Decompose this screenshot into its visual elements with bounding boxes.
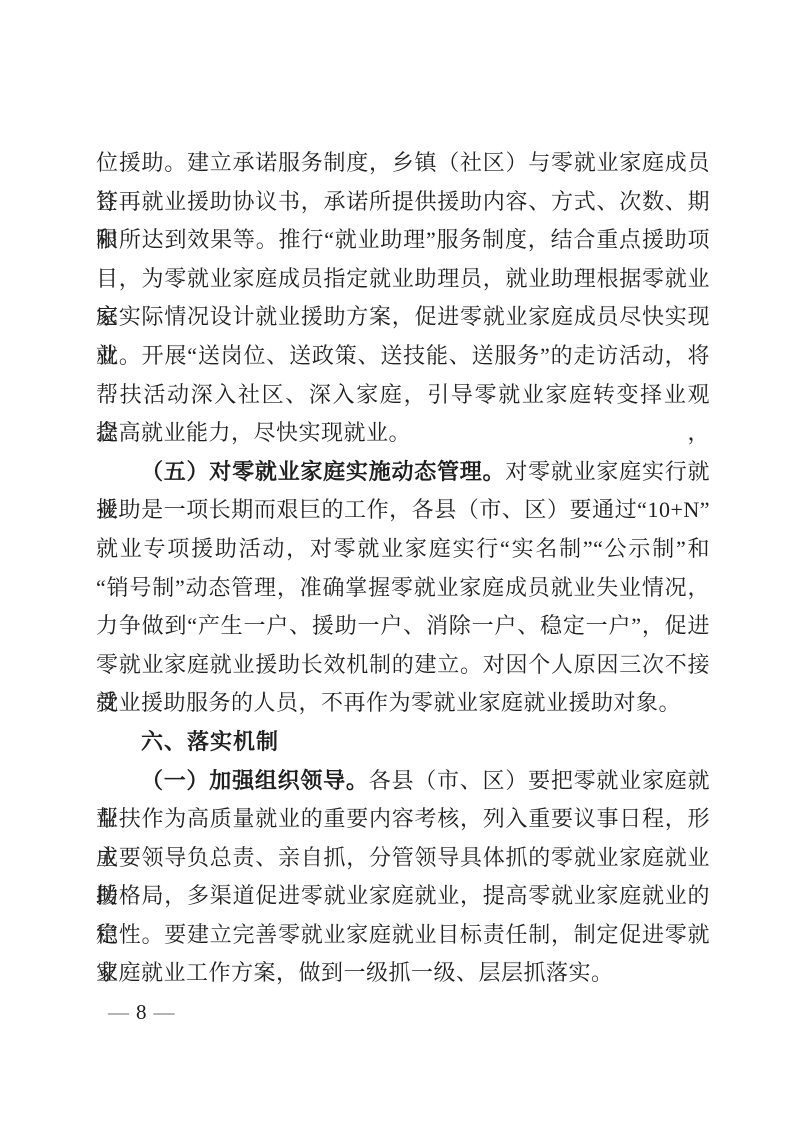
body-text-line: 庭实际情况设计就业援助方案，促进零就业家庭成员尽快实现就 bbox=[96, 298, 710, 337]
body-text-line: 主要领导负总责、亲自抓，分管领导具体抓的零就业家庭就业援 bbox=[96, 839, 710, 878]
body-text-line: 力争做到“产生一户、援助一户、消除一户、稳定一户”，促进 bbox=[96, 607, 710, 646]
body-text-line: 家庭就业工作方案，做到一级抓一级、层层抓落实。 bbox=[96, 954, 710, 993]
body-text-line: “销号制”动态管理，准确掌握零就业家庭成员就业失业情况， bbox=[96, 569, 710, 608]
page-number: 8 bbox=[136, 1000, 147, 1024]
section-heading-6: 六、落实机制 bbox=[96, 723, 710, 762]
footer-left-dash: — bbox=[108, 1000, 129, 1024]
paragraph-section-5: （五）对零就业家庭实施动态管理。对零就业家庭实行就业 bbox=[96, 453, 710, 492]
document-page: 位援助。建立承诺服务制度，乡镇（社区）与零就业家庭成员签 订再就业援助协议书，承… bbox=[0, 0, 793, 1122]
page-footer: —8— bbox=[108, 999, 175, 1025]
body-text-line: 目，为零就业家庭成员指定就业助理员，就业助理根据零就业家 bbox=[96, 260, 710, 299]
document-body: 位援助。建立承诺服务制度，乡镇（社区）与零就业家庭成员签 订再就业援助协议书，承… bbox=[96, 144, 710, 993]
footer-right-dash: — bbox=[154, 1000, 175, 1024]
body-text-line: 订再就业援助协议书，承诺所提供援助内容、方式、次数、期限 bbox=[96, 183, 710, 222]
body-text-line: 帮扶活动深入社区、深入家庭，引导零就业家庭转变择业观念， bbox=[96, 376, 710, 415]
body-text-line: 和所达到效果等。推行“就业助理”服务制度，结合重点援助项 bbox=[96, 221, 710, 260]
body-text-line: 帮扶作为高质量就业的重要内容考核，列入重要议事日程，形成 bbox=[96, 800, 710, 839]
body-text-line: 零就业家庭就业援助长效机制的建立。对因个人原因三次不接受 bbox=[96, 646, 710, 685]
paragraph-section-1: （一）加强组织领导。各县（市、区）要把零就业家庭就业 bbox=[96, 762, 710, 801]
paragraph-lead: （一）加强组织领导。 bbox=[141, 768, 369, 793]
body-text-line: 助格局，多渠道促进零就业家庭就业，提高零就业家庭就业的稳 bbox=[96, 877, 710, 916]
body-text-line: 援助是一项长期而艰巨的工作，各县（市、区）要通过“10+N” bbox=[96, 491, 710, 530]
body-text-line: 定性。要建立完善零就业家庭就业目标责任制，制定促进零就业 bbox=[96, 916, 710, 955]
body-text-line: 就业专项援助活动，对零就业家庭实行“实名制”“公示制”和 bbox=[96, 530, 710, 569]
body-text-line: 就业援助服务的人员，不再作为零就业家庭就业援助对象。 bbox=[96, 684, 710, 723]
body-text-line: 位援助。建立承诺服务制度，乡镇（社区）与零就业家庭成员签 bbox=[96, 144, 710, 183]
paragraph-lead: （五）对零就业家庭实施动态管理。 bbox=[141, 459, 505, 484]
body-text-line: 业。开展“送岗位、送政策、送技能、送服务”的走访活动，将 bbox=[96, 337, 710, 376]
